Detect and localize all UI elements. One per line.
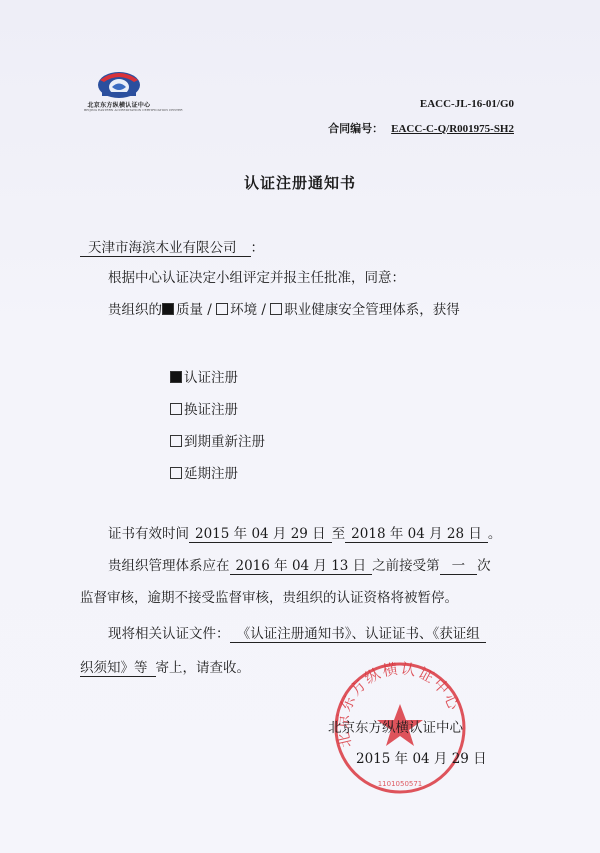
audit-warning: 监督审核，逾期不接受监督审核，贵组织的认证资格将被暂停。: [80, 586, 458, 606]
checkbox-ohs-icon: [270, 303, 282, 315]
validity-from: 2015 年 04 月 29 日: [189, 526, 332, 543]
documents-sent: 现将相关认证文件：《认证注册通知书》、认证证书、《获证组: [108, 622, 486, 642]
system-selection: 贵组织的质量 / 环境 / 职业健康安全管理体系，获得: [108, 298, 460, 318]
certificate-notice-page: 北京东方纵横认证中心 BEIJING EASTERN ACCREDITATION…: [0, 0, 600, 853]
issuer-name: 北京东方纵横认证中心: [328, 716, 463, 736]
documents-sent-cont: 织须知》等寄上，请查收。: [80, 656, 250, 676]
document-title: 认证注册通知书: [0, 172, 600, 193]
system-ohs: 职业健康安全管理体系: [284, 302, 419, 318]
option-label: 到期重新注册: [184, 434, 265, 450]
checkbox-icon: [170, 435, 182, 447]
validity-label: 证书有效时间: [108, 526, 189, 542]
option-reregistration: 到期重新注册: [170, 430, 265, 450]
docs-list-cont: 织须知》等: [80, 660, 156, 677]
checkbox-quality-checked-icon: [162, 303, 174, 315]
option-extension: 延期注册: [170, 462, 238, 482]
period-end: 。: [488, 526, 502, 542]
validity-to: 2018 年 04 月 28 日: [345, 526, 488, 543]
addressee-name: 天津市海滨木业有限公司: [80, 240, 251, 257]
separator: /: [203, 302, 216, 318]
option-label: 换证注册: [184, 402, 238, 418]
audit-mid: 之前接受第: [372, 558, 440, 574]
eacc-badge-icon: [96, 68, 142, 100]
approval-statement: 根据中心认证决定小组评定并报主任批准，同意：: [108, 266, 405, 286]
option-label: 认证注册: [184, 370, 238, 386]
option-certification-registration: 认证注册: [170, 366, 238, 386]
system-environment: 环境: [230, 302, 257, 318]
contract-number: 合同编号：EACC-C-Q/R001975-SH2: [328, 120, 514, 136]
eacc-logo: 北京东方纵横认证中心 BEIJING EASTERN ACCREDITATION…: [84, 68, 154, 118]
addressee-suffix: ：: [251, 240, 265, 256]
svg-text:1101050571: 1101050571: [378, 780, 423, 788]
checkbox-environment-icon: [216, 303, 228, 315]
docs-list: 《认证注册通知书》、认证证书、《获证组: [230, 626, 486, 643]
audit-count: 一: [440, 558, 478, 575]
option-certificate-renewal: 换证注册: [170, 398, 238, 418]
option-label: 延期注册: [184, 466, 238, 482]
docs-prefix: 现将相关认证文件：: [108, 626, 230, 642]
docs-suffix: 寄上，请查收。: [156, 660, 251, 676]
document-code: EACC-JL-16-01/G0: [420, 98, 514, 110]
checkbox-icon: [170, 403, 182, 415]
separator: /: [257, 302, 270, 318]
validity-to-label: 至: [332, 526, 346, 542]
contract-value: EACC-C-Q/R001975-SH2: [383, 123, 514, 135]
logo-text-en: BEIJING EASTERN ACCREDITATION CERTIFICAT…: [84, 108, 154, 112]
addressee: 天津市海滨木业有限公司：: [80, 236, 264, 256]
system-suffix: ，获得: [419, 302, 460, 318]
checkbox-icon: [170, 467, 182, 479]
audit-date: 2016 年 04 月 13 日: [230, 558, 373, 575]
checkbox-checked-icon: [170, 371, 182, 383]
contract-label: 合同编号：: [328, 123, 383, 135]
audit-deadline: 贵组织管理体系应在2016 年 04 月 13 日之前接受第一次: [108, 554, 491, 574]
audit-suffix: 次: [477, 558, 491, 574]
audit-prefix: 贵组织管理体系应在: [108, 558, 230, 574]
system-quality: 质量: [176, 302, 203, 318]
issue-date: 2015 年 04 月 29 日: [356, 747, 487, 767]
validity-period: 证书有效时间2015 年 04 月 29 日至2018 年 04 月 28 日。: [108, 522, 501, 542]
system-prefix: 贵组织的: [108, 302, 162, 318]
